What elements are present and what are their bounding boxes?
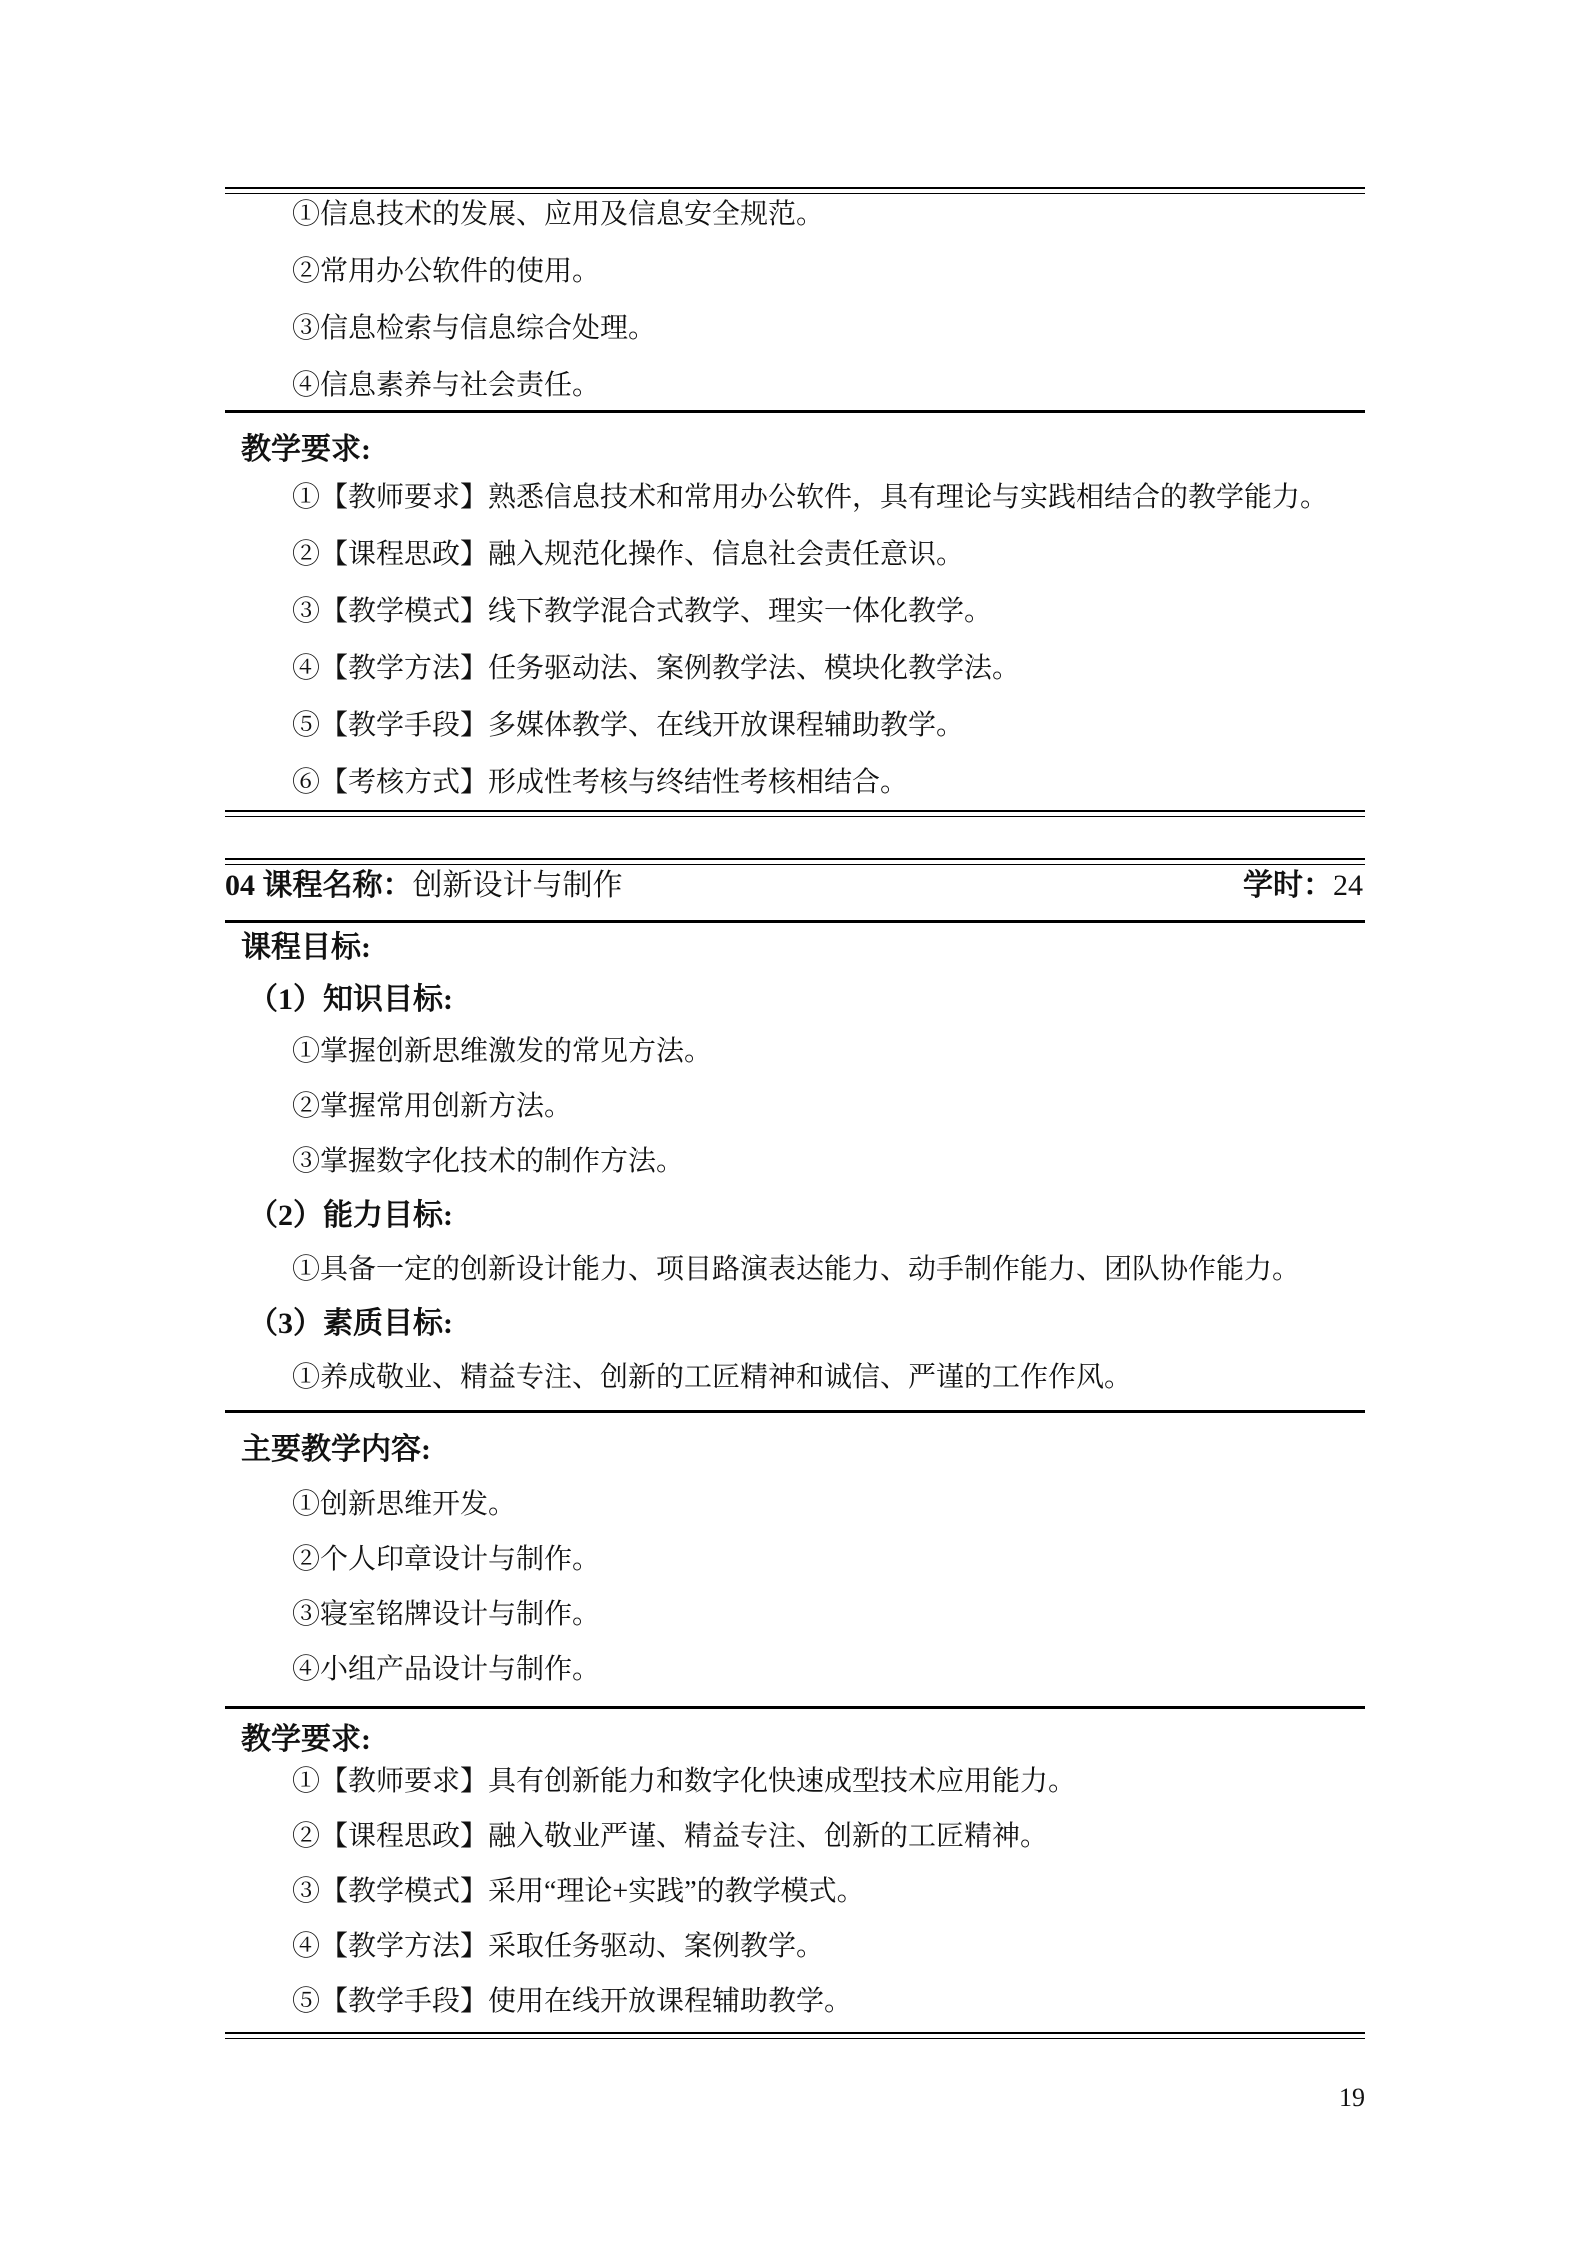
- document-page: ①信息技术的发展、应用及信息安全规范。 ②常用办公软件的使用。 ③信息检索与信息…: [0, 0, 1587, 2245]
- requirement-item: ⑤【教学手段】使用在线开放课程辅助教学。: [225, 1987, 1365, 2017]
- requirement-item: ②【课程思政】融入敬业严谨、精益专注、创新的工匠精神。: [225, 1822, 1365, 1852]
- section-header-course-objectives: 课程目标:: [225, 933, 1365, 963]
- requirement-item: ④【教学方法】任务驱动法、案例教学法、模块化教学法。: [225, 654, 1365, 684]
- requirement-item: ①【教师要求】具有创新能力和数字化快速成型技术应用能力。: [225, 1767, 1365, 1797]
- row-divider: [225, 410, 1365, 413]
- content-item: ③信息检索与信息综合处理。: [225, 314, 1365, 344]
- course-number: 04: [225, 869, 255, 902]
- section-header-teaching-requirements: 教学要求:: [225, 435, 1365, 465]
- course-name-label: 课程名称：: [263, 869, 413, 902]
- content-item: ①信息技术的发展、应用及信息安全规范。: [225, 200, 1365, 230]
- content-item: ③寝室铭牌设计与制作。: [225, 1600, 1365, 1630]
- section-header-main-content: 主要教学内容:: [225, 1435, 1365, 1465]
- requirement-item: ①【教师要求】熟悉信息技术和常用办公软件，具有理论与实践相结合的教学能力。: [225, 483, 1365, 513]
- table-border-double-bottom: [225, 2032, 1365, 2039]
- objective-item: ①掌握创新思维激发的常见方法。: [225, 1037, 1365, 1067]
- course-header-row: 04 课程名称：创新设计与制作 学时：24: [225, 871, 1365, 901]
- hours-value: 24: [1333, 869, 1363, 902]
- objective-item: ①养成敬业、精益专注、创新的工匠精神和诚信、严谨的工作作风。: [225, 1363, 1365, 1393]
- objective-item: ②掌握常用创新方法。: [225, 1092, 1365, 1122]
- objective-group-heading: （1）知识目标:: [225, 985, 1365, 1015]
- requirement-item: ③【教学模式】采用“理论+实践”的教学模式。: [225, 1877, 1365, 1907]
- content-item: ④信息素养与社会责任。: [225, 371, 1365, 401]
- course-hours: 学时：24: [1243, 871, 1363, 901]
- content-item: ②个人印章设计与制作。: [225, 1545, 1365, 1575]
- objective-item: ③掌握数字化技术的制作方法。: [225, 1147, 1365, 1177]
- table-border-double-bottom: [225, 810, 1365, 817]
- table-border-double-top: [225, 187, 1365, 194]
- requirement-item: ③【教学模式】线下教学混合式教学、理实一体化教学。: [225, 597, 1365, 627]
- requirement-item: ⑥【考核方式】形成性考核与终结性考核相结合。: [225, 768, 1365, 798]
- section-header-teaching-requirements: 教学要求:: [225, 1725, 1365, 1755]
- objective-group-heading: （3）素质目标:: [225, 1309, 1365, 1339]
- content-item: ①创新思维开发。: [225, 1490, 1365, 1520]
- hours-label: 学时：: [1243, 869, 1333, 902]
- requirement-item: ②【课程思政】融入规范化操作、信息社会责任意识。: [225, 540, 1365, 570]
- table-border-double-top: [225, 858, 1365, 865]
- page-number: 19: [225, 2083, 1365, 2113]
- row-divider: [225, 1706, 1365, 1709]
- objective-item: ①具备一定的创新设计能力、项目路演表达能力、动手制作能力、团队协作能力。: [225, 1255, 1365, 1285]
- row-divider: [225, 1410, 1365, 1413]
- content-item: ②常用办公软件的使用。: [225, 257, 1365, 287]
- row-divider: [225, 920, 1365, 923]
- requirement-item: ④【教学方法】采取任务驱动、案例教学。: [225, 1932, 1365, 1962]
- course-name: 创新设计与制作: [413, 869, 623, 902]
- requirement-item: ⑤【教学手段】多媒体教学、在线开放课程辅助教学。: [225, 711, 1365, 741]
- content-item: ④小组产品设计与制作。: [225, 1655, 1365, 1685]
- objective-group-heading: （2）能力目标:: [225, 1201, 1365, 1231]
